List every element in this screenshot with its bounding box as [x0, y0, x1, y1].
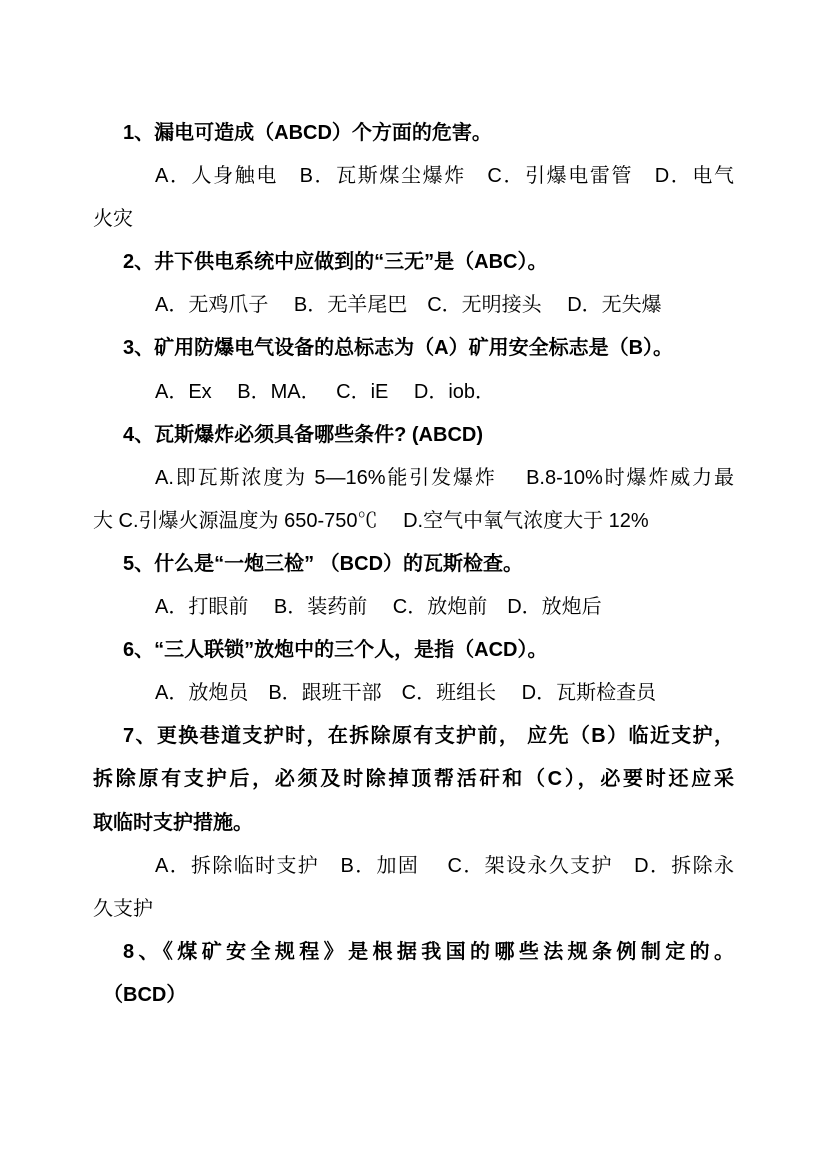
- question-stem-line-q7: 拆除原有支护后，必须及时除掉顶帮活矸和（C），必要时还应采: [93, 758, 734, 801]
- question-stem-line-q5: 5、什么是“一炮三检” （BCD）的瓦斯检查。: [93, 543, 734, 586]
- question-stem-line-q4: 4、瓦斯爆炸必须具备哪些条件? (ABCD): [93, 414, 734, 457]
- question-stem-line-q1: 1、漏电可造成（ABCD）个方面的危害。: [93, 112, 734, 155]
- question-stem-line-q6: 6、“三人联锁”放炮中的三个人，是指（ACD）。: [93, 629, 734, 672]
- question-option-line-q4: A.即瓦斯浓度为 5—16%能引发爆炸 B.8-10%时爆炸威力最: [93, 457, 734, 500]
- question-option-line-q7: A．拆除临时支护 B．加固 C．架设永久支护 D．拆除永: [93, 845, 734, 888]
- question-option-line-q7: 久支护: [93, 888, 734, 931]
- question-stem-line-q2: 2、井下供电系统中应做到的“三无”是（ABC）。: [93, 241, 734, 284]
- question-option-line-q3: A．Ex B．MA． C．iE D．iob．: [93, 371, 734, 414]
- question-stem-line-q3: 3、矿用防爆电气设备的总标志为（A）矿用安全标志是（B）。: [93, 327, 734, 370]
- document-page: 1、漏电可造成（ABCD）个方面的危害。A．人身触电 B．瓦斯煤尘爆炸 C．引爆…: [0, 0, 826, 1169]
- question-option-line-q5: A．打眼前 B．装药前 C．放炮前 D．放炮后: [93, 586, 734, 629]
- questions: 1、漏电可造成（ABCD）个方面的危害。A．人身触电 B．瓦斯煤尘爆炸 C．引爆…: [93, 112, 734, 1017]
- question-stem-line-q7: 取临时支护措施。: [93, 802, 734, 845]
- question-stem-line-q7: 7、更换巷道支护时，在拆除原有支护前， 应先（B）临近支护，: [93, 715, 734, 758]
- question-option-line-q1: A．人身触电 B．瓦斯煤尘爆炸 C．引爆电雷管 D．电气: [93, 155, 734, 198]
- question-option-line-q2: A．无鸡爪子 B．无羊尾巴 C．无明接头 D．无失爆: [93, 284, 734, 327]
- question-stem-line-q8: 8、《煤矿安全规程》是根据我国的哪些法规条例制定的。: [93, 931, 734, 974]
- question-option-line-q6: A．放炮员 B．跟班干部 C．班组长 D．瓦斯检查员: [93, 672, 734, 715]
- question-stem-line-q8: （BCD）: [93, 974, 734, 1017]
- question-option-line-q4: 大 C.引爆火源温度为 650-750℃ D.空气中氧气浓度大于 12%: [93, 500, 734, 543]
- question-option-line-q1: 火灾: [93, 198, 734, 241]
